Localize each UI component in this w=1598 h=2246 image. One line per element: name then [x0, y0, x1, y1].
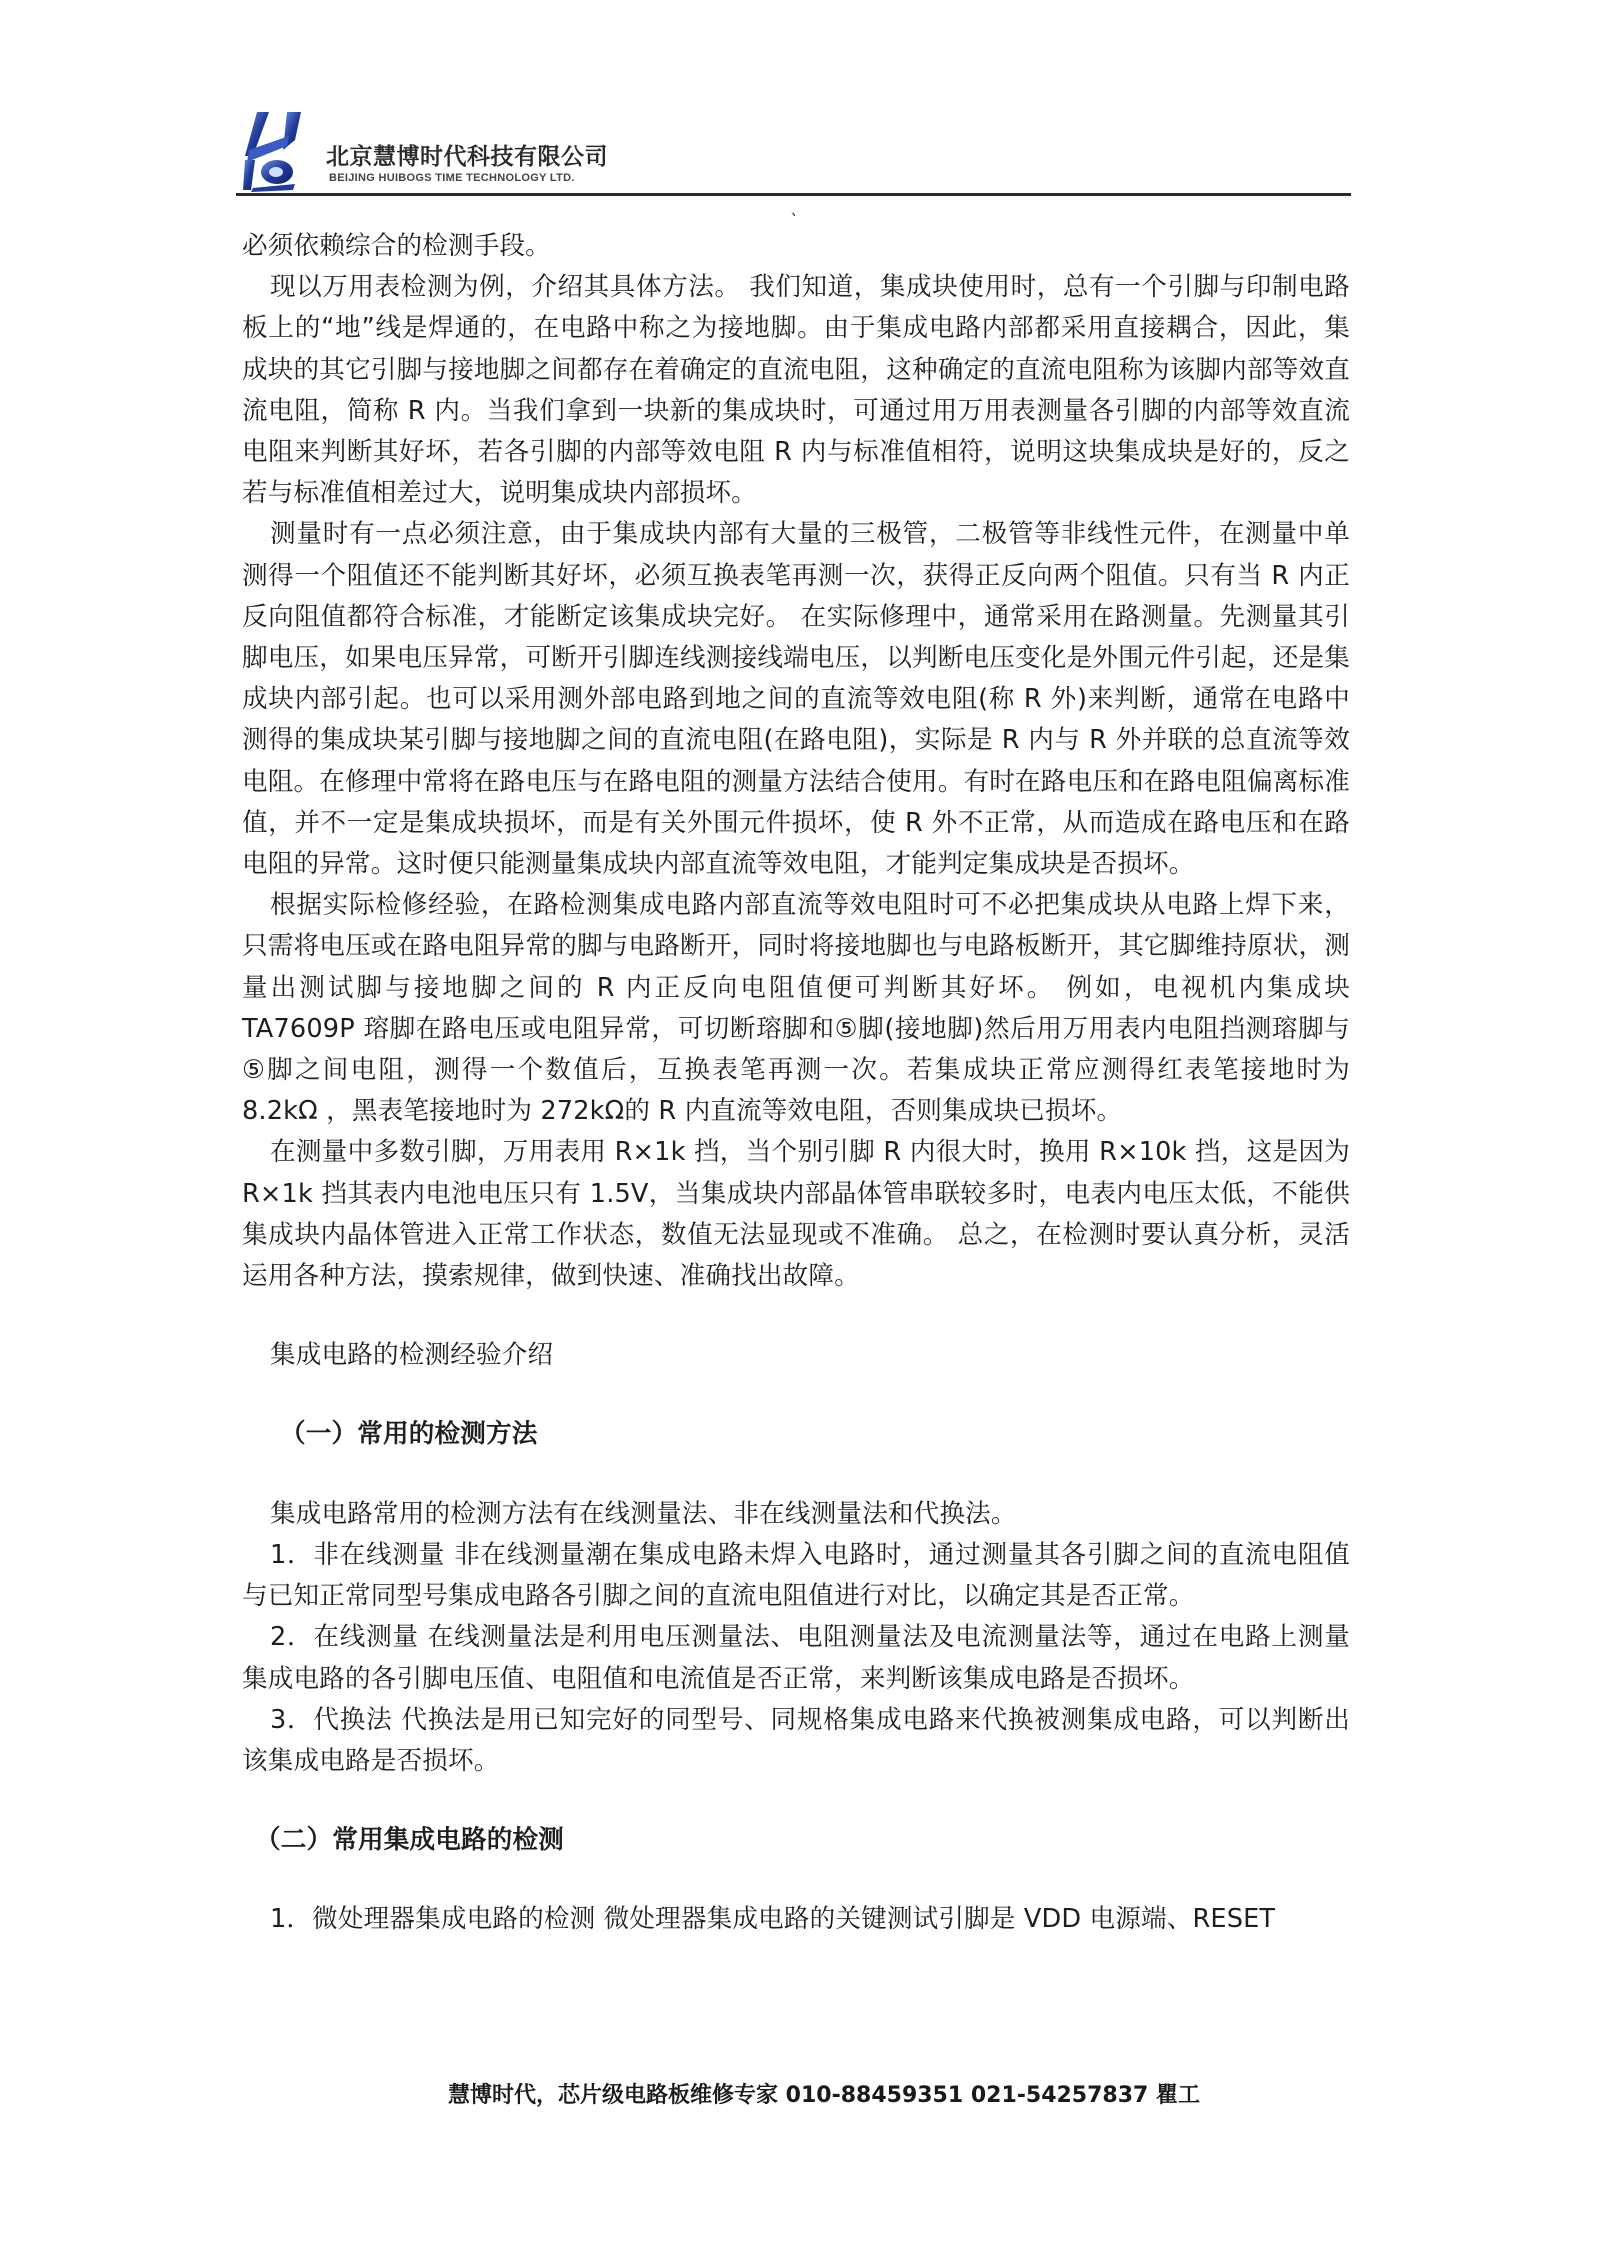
spacer [242, 1297, 1350, 1335]
company-name-en: BEIJING HUIBOGS TIME TECHNOLOGY LTD. [329, 172, 575, 184]
company-logo-icon [243, 110, 303, 192]
company-name-cn: 北京慧博时代科技有限公司 [326, 138, 608, 171]
page-footer: 慧博时代，芯片级电路板维修专家 010-88459351 021-5425783… [448, 2078, 1168, 2109]
paragraph: 必须依赖综合的检测手段。 [242, 226, 1350, 267]
stray-mark: 、 [791, 200, 805, 220]
document-body: 必须依赖综合的检测手段。 现以万用表检测为例，介绍其具体方法。 我们知道，集成块… [242, 226, 1350, 1941]
section-heading: （二）常用集成电路的检测 [242, 1820, 1350, 1861]
spacer [242, 1456, 1350, 1494]
spacer [242, 1782, 1350, 1820]
spacer [242, 1376, 1350, 1414]
paragraph: 根据实际检修经验，在路检测集成电路内部直流等效电阻时可不必把集成块从电路上焊下来… [242, 885, 1350, 1132]
header-divider [236, 193, 1351, 196]
section-title: 集成电路的检测经验介绍 [242, 1335, 1350, 1376]
section-heading: （一）常用的检测方法 [242, 1414, 1350, 1455]
list-item: 3．代换法 代换法是用已知完好的同型号、同规格集成电路来代换被测集成电路，可以判… [242, 1700, 1350, 1782]
list-item: 1．非在线测量 非在线测量潮在集成电路未焊入电路时，通过测量其各引脚之间的直流电… [242, 1535, 1350, 1617]
list-item: 2．在线测量 在线测量法是利用电压测量法、电阻测量法及电流测量法等，通过在电路上… [242, 1617, 1350, 1699]
paragraph: 测量时有一点必须注意，由于集成块内部有大量的三极管，二极管等非线性元件，在测量中… [242, 514, 1350, 885]
spacer [242, 1861, 1350, 1899]
paragraph: 集成电路常用的检测方法有在线测量法、非在线测量法和代换法。 [242, 1494, 1350, 1535]
list-item: 1．微处理器集成电路的检测 微处理器集成电路的关键测试引脚是 VDD 电源端、R… [242, 1899, 1350, 1940]
paragraph: 在测量中多数引脚，万用表用 R×1k 挡，当个别引脚 R 内很大时，换用 R×1… [242, 1132, 1350, 1297]
paragraph: 现以万用表检测为例，介绍其具体方法。 我们知道，集成块使用时，总有一个引脚与印制… [242, 267, 1350, 514]
